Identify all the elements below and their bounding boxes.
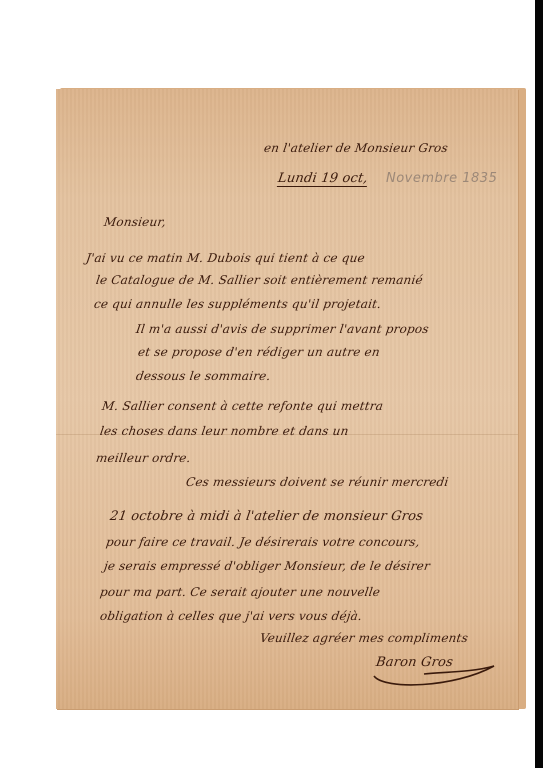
- body-line: pour ma part. Ce serait ajouter une nouv…: [99, 585, 381, 599]
- body-line: pour faire ce travail. Je désirerais vot…: [105, 535, 421, 549]
- body-line: meilleur ordre.: [95, 451, 192, 465]
- body-line: 21 octobre à midi à l'atelier de monsieu…: [109, 509, 424, 524]
- body-line: Ces messieurs doivent se réunir mercredi: [185, 475, 449, 489]
- letter-place: en l'atelier de Monsieur Gros: [263, 141, 449, 155]
- scan-edge-bar: [535, 0, 543, 768]
- body-line: obligation à celles que j'ai vers vous d…: [99, 609, 363, 623]
- letter-page: en l'atelier de Monsieur Gros Lundi 19 o…: [56, 89, 518, 709]
- body-line: J'ai vu ce matin M. Dubois qui tient à c…: [85, 251, 366, 265]
- signature-flourish-icon: [364, 654, 514, 694]
- salutation: Monsieur,: [103, 215, 167, 229]
- closing: Veuillez agréer mes compliments: [259, 631, 469, 645]
- body-line: dessous le sommaire.: [135, 369, 272, 383]
- body-line: et se propose d'en rédiger un autre en: [137, 345, 381, 359]
- body-line: je serais empressé d'obliger Monsieur, d…: [103, 559, 431, 573]
- body-line: M. Sallier consent à cette refonte qui m…: [101, 399, 384, 413]
- letter-date: Lundi 19 oct,: [277, 171, 369, 186]
- letter-date-text: Lundi 19 oct,: [277, 171, 369, 187]
- body-line: le Catalogue de M. Sallier soit entièrem…: [95, 273, 424, 287]
- pencil-annotation: Novembre 1835: [386, 171, 497, 186]
- body-line: Il m'a aussi d'avis de supprimer l'avant…: [135, 322, 430, 336]
- body-line: les choses dans leur nombre et dans un: [99, 424, 350, 438]
- body-line: ce qui annulle les suppléments qu'il pro…: [93, 297, 382, 311]
